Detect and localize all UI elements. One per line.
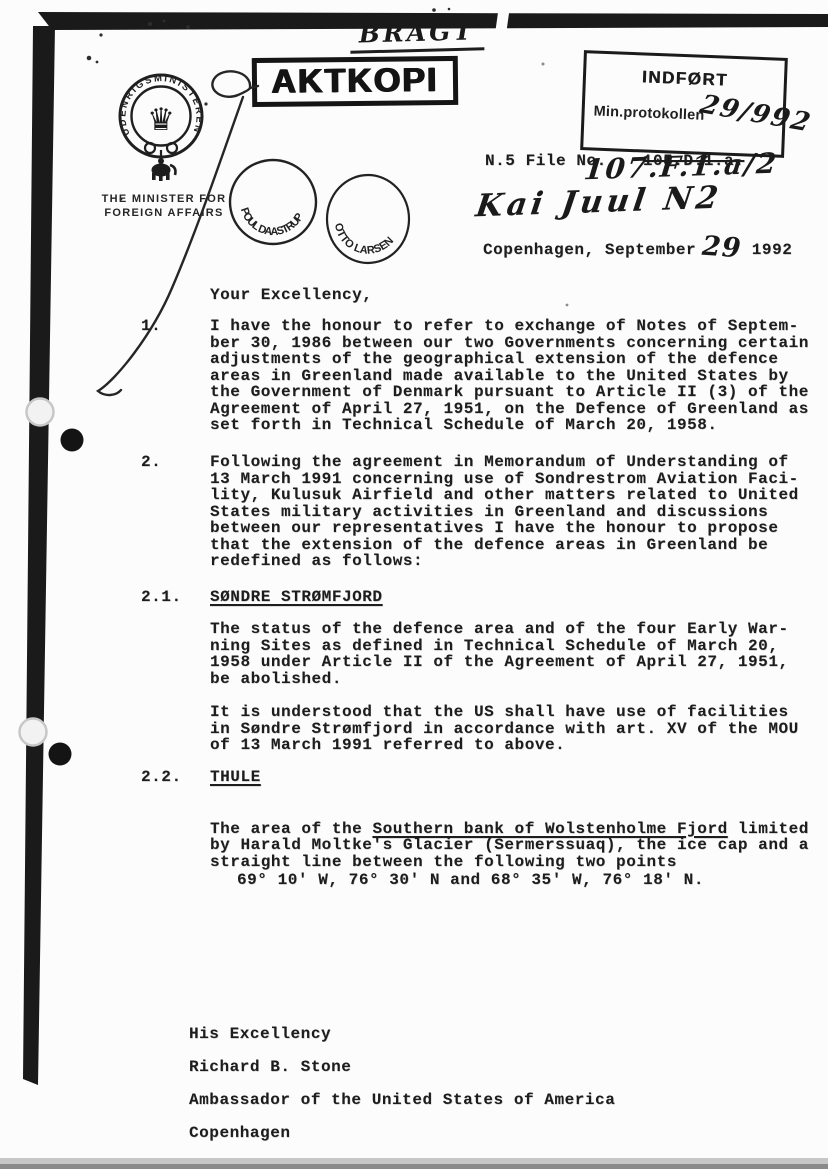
hole-punch-marks (20, 399, 84, 766)
paragraph-1: 1. I have the honour to refer to exchang… (141, 318, 828, 434)
section-2-1-number: 2.1. (141, 589, 182, 606)
svg-text:UDENRIGSMINISTEREN: UDENRIGSMINISTEREN (117, 73, 204, 137)
name-stamp-1-text: POUL DAASTRUP (238, 206, 306, 238)
coordinates-line: 69° 10' W, 76° 30' N and 68° 35' W, 76° … (237, 872, 704, 889)
aktkopi-stamp: AKTKOPI (252, 56, 459, 107)
recipient-line: Richard B. Stone (189, 1059, 615, 1076)
section-2-1-paragraph-2: It is understood that the US shall have … (210, 704, 828, 754)
crest-ring-text: UDENRIGSMINISTEREN (117, 73, 204, 137)
dateline-year: 1992 (752, 242, 793, 259)
section-2-2-paragraph: The area of the Southern bank of Wolsten… (210, 804, 828, 870)
elephant-pendant-icon (152, 158, 176, 181)
recipient-address: His Excellency Richard B. Stone Ambassad… (189, 1009, 615, 1158)
registration-stamp-title: INDFØRT (586, 65, 785, 93)
name-stamp-2-text: OTTO LARSEN (332, 222, 396, 257)
scanned-letter-page: BRAGT AKTKOPI INDFØRT Min.protokollen 29… (0, 0, 828, 1169)
paragraph-2: 2. Following the agreement in Memorandum… (141, 454, 828, 570)
crown-icon: ♛ (147, 102, 175, 138)
dateline-day-handwritten: 29 (701, 231, 743, 265)
name-stamp-otto-larsen: OTTO LARSEN (327, 175, 409, 263)
handwritten-note-bragt: BRAGT (350, 16, 485, 53)
section-2-1-heading: SØNDRE STRØMFJORD (210, 589, 828, 606)
dateline: Copenhagen, September 29 1992 (483, 227, 792, 258)
section-2-2-heading: THULE (210, 769, 828, 786)
ministry-crest-seal: UDENRIGSMINISTEREN ♛ (117, 73, 204, 181)
handwritten-initials: Kai Juul N2 (474, 180, 725, 225)
paragraph-1-text: I have the honour to refer to exchange o… (210, 318, 828, 434)
recipient-line: Copenhagen (189, 1125, 615, 1142)
minister-title-line2: FOREIGN AFFAIRS (94, 207, 234, 221)
minister-title-line1: THE MINISTER FOR (94, 193, 234, 207)
section-2-1-heading-row: 2.1. SØNDRE STRØMFJORD (141, 589, 828, 606)
salutation: Your Excellency, (210, 287, 372, 304)
letterhead-minister-title: THE MINISTER FOR FOREIGN AFFAIRS (94, 193, 234, 220)
paragraph-2-text: Following the agreement in Memorandum of… (210, 454, 828, 570)
section-2-2-heading-row: 2.2. THULE (141, 769, 828, 786)
recipient-line: His Excellency (189, 1026, 615, 1043)
paragraph-1-number: 1. (141, 318, 161, 335)
section-2-2-text-underlined: Southern bank of Wolstenholme Fjord (372, 820, 727, 838)
svg-text:POUL DAASTRUP: POUL DAASTRUP (238, 206, 306, 238)
registration-stamp-label: Min.protokollen (593, 104, 704, 124)
recipient-line: Ambassador of the United States of Ameri… (189, 1092, 615, 1109)
name-stamp-poul-daastrup: POUL DAASTRUP (230, 160, 316, 244)
paragraph-2-number: 2. (141, 454, 161, 471)
section-2-2-text-pre: The area of the (210, 820, 372, 838)
aktkopi-stamp-text: AKTKOPI (271, 61, 438, 102)
section-2-2-number: 2.2. (141, 769, 182, 786)
section-2-1-paragraph-1: The status of the defence area and of th… (210, 621, 828, 687)
svg-text:OTTO LARSEN: OTTO LARSEN (332, 222, 396, 257)
dateline-place: Copenhagen, September (483, 242, 696, 259)
